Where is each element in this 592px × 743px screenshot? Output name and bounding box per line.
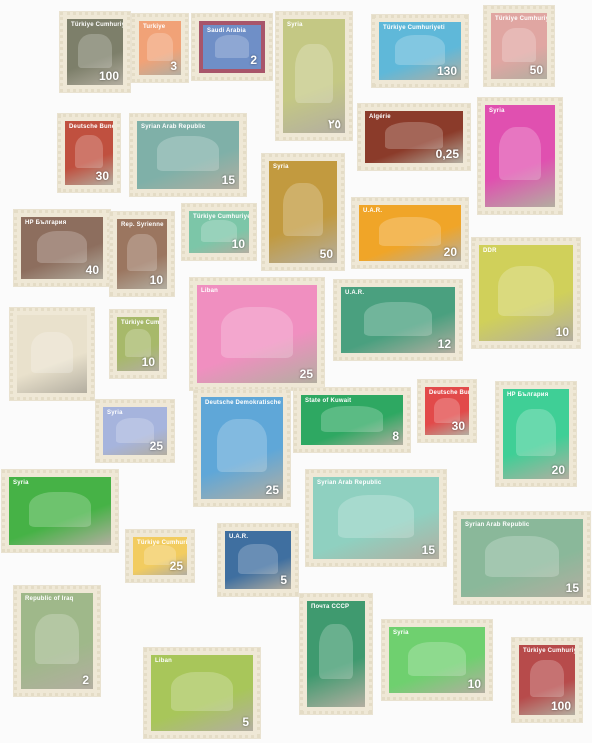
stamp-image: Saudi Arabia2: [199, 21, 265, 73]
stamp-motif: [395, 35, 444, 65]
stamp-motif: [364, 302, 432, 336]
stamp-image: Liban25: [197, 285, 317, 383]
stamp-motif: [31, 332, 73, 373]
stamp: Syrian Arab Republic15: [130, 114, 246, 196]
stamp-country: Syria: [489, 108, 505, 114]
stamp: НР България40: [14, 210, 110, 286]
stamp-motif: [499, 127, 541, 180]
stamp-country: Saudi Arabia: [207, 28, 246, 34]
stamp-motif: [321, 406, 382, 432]
stamp-motif: [37, 231, 86, 263]
stamp-image: Почта СССР: [307, 601, 365, 707]
stamp-image: [17, 315, 87, 393]
stamp-motif: [385, 122, 444, 149]
stamp-motif: [157, 136, 218, 171]
stamp-country: Syria: [273, 164, 289, 170]
stamp: НР България20: [496, 382, 576, 486]
stamp-image: Syrian Arab Republic15: [461, 519, 583, 597]
stamp-image: Türkiye Cumhuriyeti100: [67, 19, 123, 85]
stamp-image: Syria25: [103, 407, 167, 455]
stamp-value: 10: [232, 237, 245, 251]
stamp: Почта СССР: [300, 594, 372, 714]
stamp-value: 15: [222, 173, 235, 187]
stamp: Rep. Syrienne10: [110, 212, 174, 296]
stamp: Türkiye Cumhuriyeti50: [484, 6, 554, 86]
stamp: Syria10: [382, 620, 492, 700]
stamp-motif: [238, 544, 278, 574]
stamp-country: U.A.R.: [345, 290, 364, 296]
stamp-motif: [319, 624, 354, 679]
stamp: Saudi Arabia2: [192, 14, 272, 80]
stamp: Türkiye Cumhuriyeti10: [182, 204, 256, 260]
stamp-value: 15: [422, 543, 435, 557]
stamp-value: 25: [300, 367, 313, 381]
stamp-country: U.A.R.: [229, 534, 248, 540]
stamp-image: DDR10: [479, 245, 573, 341]
stamp-country: Türkiye Cumhuriyeti: [495, 16, 547, 22]
stamp-country: Deutsche Bundespost: [69, 124, 113, 130]
stamp-country: Turkiye: [143, 24, 165, 30]
stamp-image: Liban5: [151, 655, 253, 731]
stamp-motif: [338, 495, 414, 538]
stamp-image: Türkiye Cumhuriyeti100: [519, 645, 575, 715]
stamp-motif: [75, 135, 104, 168]
stamp: [10, 308, 94, 400]
stamp: U.A.R.5: [218, 524, 298, 596]
stamp: Liban25: [190, 278, 324, 390]
stamp-value: 10: [142, 355, 155, 369]
stamp: Syrian Arab Republic15: [454, 512, 590, 604]
stamp: Syria: [478, 98, 562, 214]
stamp-motif: [502, 28, 536, 62]
stamp-country: Republic of Iraq: [25, 596, 74, 602]
stamp-image: НР България20: [503, 389, 569, 479]
stamp: Syria٢٥: [276, 12, 352, 140]
stamp-country: Türkiye Cumhuriyeti: [383, 25, 445, 31]
stamp: Syria: [2, 470, 118, 552]
stamp-image: Syria50: [269, 161, 337, 263]
stamp-motif: [127, 234, 157, 270]
stamp-country: Syrian Arab Republic: [141, 124, 205, 130]
stamp-value: 25: [170, 559, 183, 573]
stamp: DDR10: [472, 238, 580, 348]
stamp-value: 10: [468, 677, 481, 691]
stamp-value: 10: [150, 273, 163, 287]
stamp: Syria25: [96, 400, 174, 462]
stamp-country: Türkiye Cumhuriyeti: [193, 214, 249, 220]
stamp-motif: [125, 329, 150, 357]
stamp-image: Deutsche Bundespost30: [425, 387, 469, 435]
stamp: Syria50: [262, 154, 344, 270]
stamp: Türkiye Cumhuriyeti100: [60, 12, 130, 92]
stamp: Deutsche Bundespost30: [418, 380, 476, 442]
stamp-country: Deutsche Demokratische Republik: [205, 400, 283, 406]
stamp: U.A.R.20: [352, 198, 468, 268]
stamp-value: 30: [96, 169, 109, 183]
stamp-country: Türkiye Cumhuriyeti: [71, 22, 123, 28]
stamp-value: 12: [438, 337, 451, 351]
stamp-motif: [147, 33, 172, 61]
stamp-value: 25: [266, 483, 279, 497]
stamp-country: Rep. Syrienne: [121, 222, 164, 228]
stamp-image: Deutsche Demokratische Republik25: [201, 397, 283, 499]
stamp-image: Syria: [485, 105, 555, 207]
stamp-image: U.A.R.5: [225, 531, 291, 589]
stamp-country: Syrian Arab Republic: [317, 480, 381, 486]
stamp-country: Syria: [393, 630, 409, 636]
stamp: Republic of Iraq2: [14, 586, 100, 696]
stamp-value: ٢٥: [328, 117, 341, 131]
stamp-image: Türkiye Cumhuriyeti50: [491, 13, 547, 79]
stamp-image: Türkiye Cumhuriyeti10: [189, 211, 249, 253]
stamp-value: 130: [437, 64, 457, 78]
stamp-country: Syria: [287, 22, 303, 28]
stamp-country: State of Kuwait: [305, 398, 351, 404]
stamp-motif: [408, 642, 466, 676]
stamp-value: 5: [280, 573, 287, 587]
stamp-image: U.A.R.12: [341, 287, 455, 353]
stamp-value: 15: [566, 581, 579, 595]
stamp-image: Turkiye3: [139, 21, 181, 75]
stamp-image: Türkiye Cumhuriyeti130: [379, 22, 461, 80]
stamp-motif: [516, 409, 556, 456]
stamp-value: 10: [556, 325, 569, 339]
stamp-image: Syria10: [389, 627, 485, 693]
stamp-value: 30: [452, 419, 465, 433]
stamp-value: 0,25: [436, 147, 459, 161]
stamp-motif: [498, 266, 554, 316]
stamp-value: 50: [530, 63, 543, 77]
stamp-country: Liban: [201, 288, 218, 294]
stamp-image: Türkiye Cumhuriyeti10: [117, 317, 159, 371]
stamp-value: 2: [82, 673, 89, 687]
stamp-value: 50: [320, 247, 333, 261]
stamp: State of Kuwait8: [294, 388, 410, 452]
stamp-motif: [171, 672, 232, 712]
stamp: Türkiye Cumhuriyeti25: [126, 530, 194, 582]
stamp-country: НР България: [507, 392, 548, 398]
stamp-motif: [116, 418, 154, 443]
stamp: Deutsche Bundespost30: [58, 114, 120, 192]
stamp-image: Syria٢٥: [283, 19, 345, 133]
stamp: Syrian Arab Republic15: [306, 470, 446, 566]
stamp-country: Syria: [107, 410, 123, 416]
stamp-value: 2: [250, 53, 257, 67]
stamp-motif: [29, 492, 90, 527]
stamp: Deutsche Demokratische Republik25: [194, 390, 290, 506]
stamp-country: Почта СССР: [311, 604, 349, 610]
stamp-image: Syria: [9, 477, 111, 545]
stamp-motif: [217, 419, 266, 472]
stamp-image: Syrian Arab Republic15: [137, 121, 239, 189]
stamp-motif: [35, 614, 78, 664]
stamp: Algérie0,25: [358, 104, 470, 170]
stamp-value: 5: [242, 715, 249, 729]
stamp-value: 20: [444, 245, 457, 259]
stamp-motif: [485, 536, 558, 577]
stamp-value: 20: [552, 463, 565, 477]
stamp-image: Republic of Iraq2: [21, 593, 93, 689]
stamp-country: Syria: [13, 480, 29, 486]
stamp: U.A.R.12: [334, 280, 462, 360]
stamp-motif: [78, 34, 112, 68]
stamp-image: State of Kuwait8: [301, 395, 403, 445]
stamp-value: 100: [99, 69, 119, 83]
stamp-image: Rep. Syrienne10: [117, 219, 167, 289]
stamp-motif: [283, 183, 324, 236]
stamp: Turkiye3: [132, 14, 188, 82]
stamp: Türkiye Cumhuriyeti130: [372, 15, 468, 87]
stamp-image: Türkiye Cumhuriyeti25: [133, 537, 187, 575]
stamp-country: Türkiye Cumhuriyeti: [523, 648, 575, 654]
stamp: Liban5: [144, 648, 260, 738]
stamp-image: Syrian Arab Republic15: [313, 477, 439, 559]
stamp-motif: [530, 660, 564, 696]
stamp-value: 8: [392, 429, 399, 443]
stamp-country: U.A.R.: [363, 208, 382, 214]
stamp-value: 100: [551, 699, 571, 713]
stamp-country: Deutsche Bundespost: [429, 390, 469, 396]
stamp-image: НР България40: [21, 217, 103, 279]
stamp-image: Algérie0,25: [365, 111, 463, 163]
stamp-country: Liban: [155, 658, 172, 664]
stamp: Türkiye Cumhuriyeti10: [110, 310, 166, 378]
stamp-value: 25: [150, 439, 163, 453]
stamp-country: НР България: [25, 220, 66, 226]
stamp-country: Türkiye Cumhuriyeti: [121, 320, 159, 326]
stamp-country: DDR: [483, 248, 497, 254]
stamp-image: Deutsche Bundespost30: [65, 121, 113, 185]
stamp-motif: [215, 35, 250, 58]
stamp-country: Algérie: [369, 114, 391, 120]
stamp: Türkiye Cumhuriyeti100: [512, 638, 582, 722]
stamp-motif: [379, 217, 440, 246]
stamp-country: Türkiye Cumhuriyeti: [137, 540, 187, 546]
stamp-motif: [295, 44, 332, 103]
stamp-value: 3: [170, 59, 177, 73]
stamp-image: U.A.R.20: [359, 205, 461, 261]
stamp-value: 40: [86, 263, 99, 277]
stamp-country: Syrian Arab Republic: [465, 522, 529, 528]
stamp-motif: [221, 307, 293, 358]
